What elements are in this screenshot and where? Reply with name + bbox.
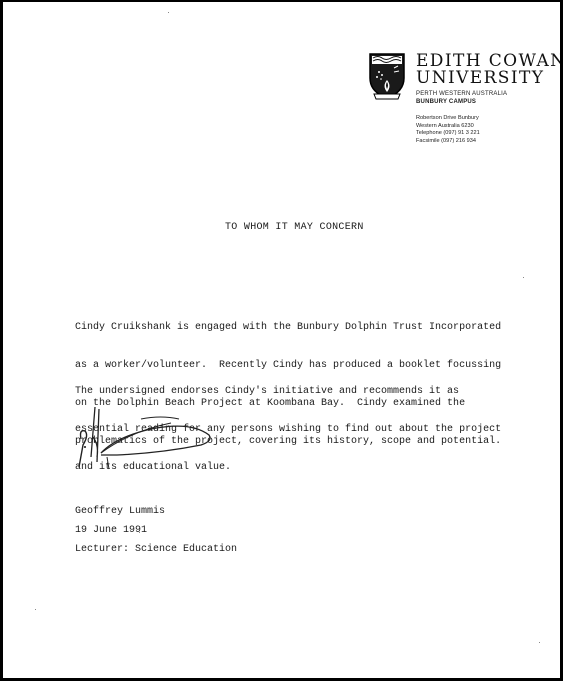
signer-title: Lecturer: Science Education [75,544,237,557]
scan-speck [168,12,169,13]
university-crest-icon [368,52,406,100]
paragraph-line: Cindy Cruikshank is engaged with the Bun… [75,322,501,335]
university-location: PERTH WESTERN AUSTRALIA BUNBURY CAMPUS [416,90,507,106]
scan-speck [139,532,140,533]
handwritten-signature-icon [71,407,221,482]
letter-heading: TO WHOM IT MAY CONCERN [225,222,364,233]
signer-name: Geoffrey Lummis [75,506,237,519]
letter-page: EDITH COWAN UNIVERSITY PERTH WESTERN AUS… [3,2,560,678]
university-name-line2: UNIVERSITY [416,70,560,87]
address-block: Robertson Drive Bunbury Western Australi… [416,115,480,145]
scan-speck [523,277,524,278]
facsimile-line: Facsimile (097) 216 934 [416,138,480,146]
telephone-line: Telephone (097) 91 3 221 [416,130,480,138]
campus-line: BUNBURY CAMPUS [416,98,507,106]
university-name: EDITH COWAN UNIVERSITY [416,53,560,87]
address-line: Robertson Drive Bunbury [416,115,480,123]
paragraph-line: The undersigned endorses Cindy's initiat… [75,386,501,399]
scan-speck [35,609,36,610]
address-line: Western Australia 6230 [416,123,480,131]
letter-date: 19 June 1991 [75,525,147,536]
scan-speck [539,642,540,643]
location-line: PERTH WESTERN AUSTRALIA [416,90,507,98]
